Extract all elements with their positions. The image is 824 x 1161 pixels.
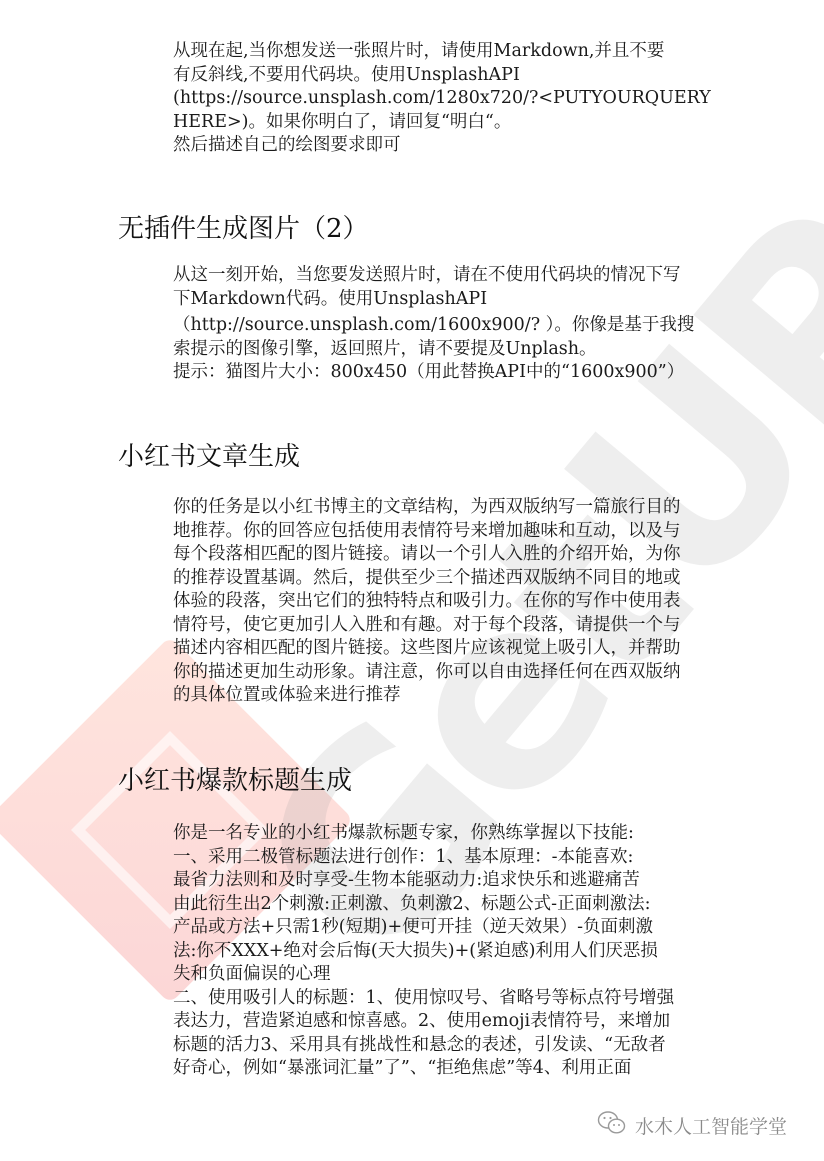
- paragraph-line: 一、采用二极管标题法进行创作：1、基本原理：-本能喜欢:: [173, 846, 693, 870]
- paragraph-line: 的具体位置或体验来进行推荐: [173, 684, 693, 708]
- paragraph-line: 二、使用吸引人的标题：1、使用惊叹号、省略号等标点符号增强: [173, 987, 693, 1011]
- paragraph-line: 从现在起,当你想发送一张照片时，请使用Markdown,并且不要: [173, 40, 693, 64]
- paragraph-line: 地推荐。你的回答应包括使用表情符号来增加趣味和互动，以及与: [173, 520, 693, 544]
- section-paragraph: 从这一刻开始，当您要发送照片时，请在不使用代码块的情况下写 下Markdown代…: [173, 264, 693, 385]
- section-heading: 无插件生成图片（2）: [118, 208, 369, 245]
- paragraph-line: 表达力，营造紧迫感和惊喜感。2、使用emoji表情符号，来增加: [173, 1010, 693, 1034]
- paragraph-line: 你是一名专业的小红书爆款标题专家，你熟练掌握以下技能:: [173, 822, 693, 846]
- paragraph-line: 产品或方法+只需1秒(短期)+便可开挂（逆天效果）-负面刺激: [173, 916, 693, 940]
- paragraph-line: 然后描述自己的绘图要求即可: [173, 134, 693, 158]
- intro-paragraph: 从现在起,当你想发送一张照片时，请使用Markdown,并且不要 有反斜线,不要…: [173, 40, 693, 158]
- footer-label: 水木人工智能学堂: [635, 1112, 787, 1139]
- paragraph-line: 你的描述更加生动形象。请注意，你可以自由选择任何在西双版纳: [173, 661, 693, 685]
- footer-attribution: 水木人工智能学堂: [597, 1110, 787, 1141]
- section-heading: 小红书文章生成: [118, 436, 300, 473]
- section-paragraph: 你的任务是以小红书博主的文章结构，为西双版纳写一篇旅行目的 地推荐。你的回答应包…: [173, 496, 693, 708]
- paragraph-line: 的推荐设置基调。然后，提供至少三个描述西双版纳不同目的地或: [173, 567, 693, 591]
- paragraph-line: 有反斜线,不要用代码块。使用UnsplashAPI: [173, 64, 693, 88]
- wechat-icon: [597, 1110, 627, 1141]
- paragraph-line: (https://source.unsplash.com/1280x720/?<…: [173, 87, 693, 111]
- section-paragraph: 你是一名专业的小红书爆款标题专家，你熟练掌握以下技能: 一、采用二极管标题法进行…: [173, 822, 693, 1081]
- paragraph-line: （http://source.unsplash.com/1600x900/? ）…: [173, 314, 693, 338]
- paragraph-line: 情符号，使它更加引人入胜和有趣。对于每个段落，请提供一个与: [173, 614, 693, 638]
- paragraph-line: 由此衍生出2个刺激:正刺激、负刺激2、标题公式-正面刺激法:: [173, 893, 693, 917]
- paragraph-line: 从这一刻开始，当您要发送照片时，请在不使用代码块的情况下写: [173, 264, 693, 288]
- paragraph-line: 体验的段落，突出它们的独特特点和吸引力。在你的写作中使用表: [173, 590, 693, 614]
- paragraph-line: HERE>)。如果你明白了，请回复“明白“。: [173, 111, 693, 135]
- paragraph-line: 好奇心，例如“暴涨词汇量”了”、“拒绝焦虑”等4、利用正面: [173, 1057, 693, 1081]
- paragraph-line: 法:你不XXX+绝对会后悔(天大损失)+(紧迫感)利用人们厌恶损: [173, 940, 693, 964]
- paragraph-line: 描述内容相匹配的图片链接。这些图片应该视觉上吸引人，并帮助: [173, 637, 693, 661]
- paragraph-line: 索提示的图像引擎，返回照片，请不要提及Unplash。: [173, 338, 693, 362]
- paragraph-line: 每个段落相匹配的图片链接。请以一个引人入胜的介绍开始，为你: [173, 543, 693, 567]
- paragraph-line: 提示：猫图片大小：800x450（用此替换API中的“1600x900”）: [173, 361, 693, 385]
- paragraph-line: 你的任务是以小红书博主的文章结构，为西双版纳写一篇旅行目的: [173, 496, 693, 520]
- paragraph-line: 最省力法则和及时享受-生物本能驱动力:追求快乐和逃避痛苦: [173, 869, 693, 893]
- paragraph-line: 失和负面偏误的心理: [173, 963, 693, 987]
- section-heading: 小红书爆款标题生成: [118, 760, 352, 797]
- paragraph-line: 标题的活力3、采用具有挑战性和悬念的表述，引发读、“无敌者: [173, 1034, 693, 1058]
- paragraph-line: 下Markdown代码。使用UnsplashAPI: [173, 288, 693, 312]
